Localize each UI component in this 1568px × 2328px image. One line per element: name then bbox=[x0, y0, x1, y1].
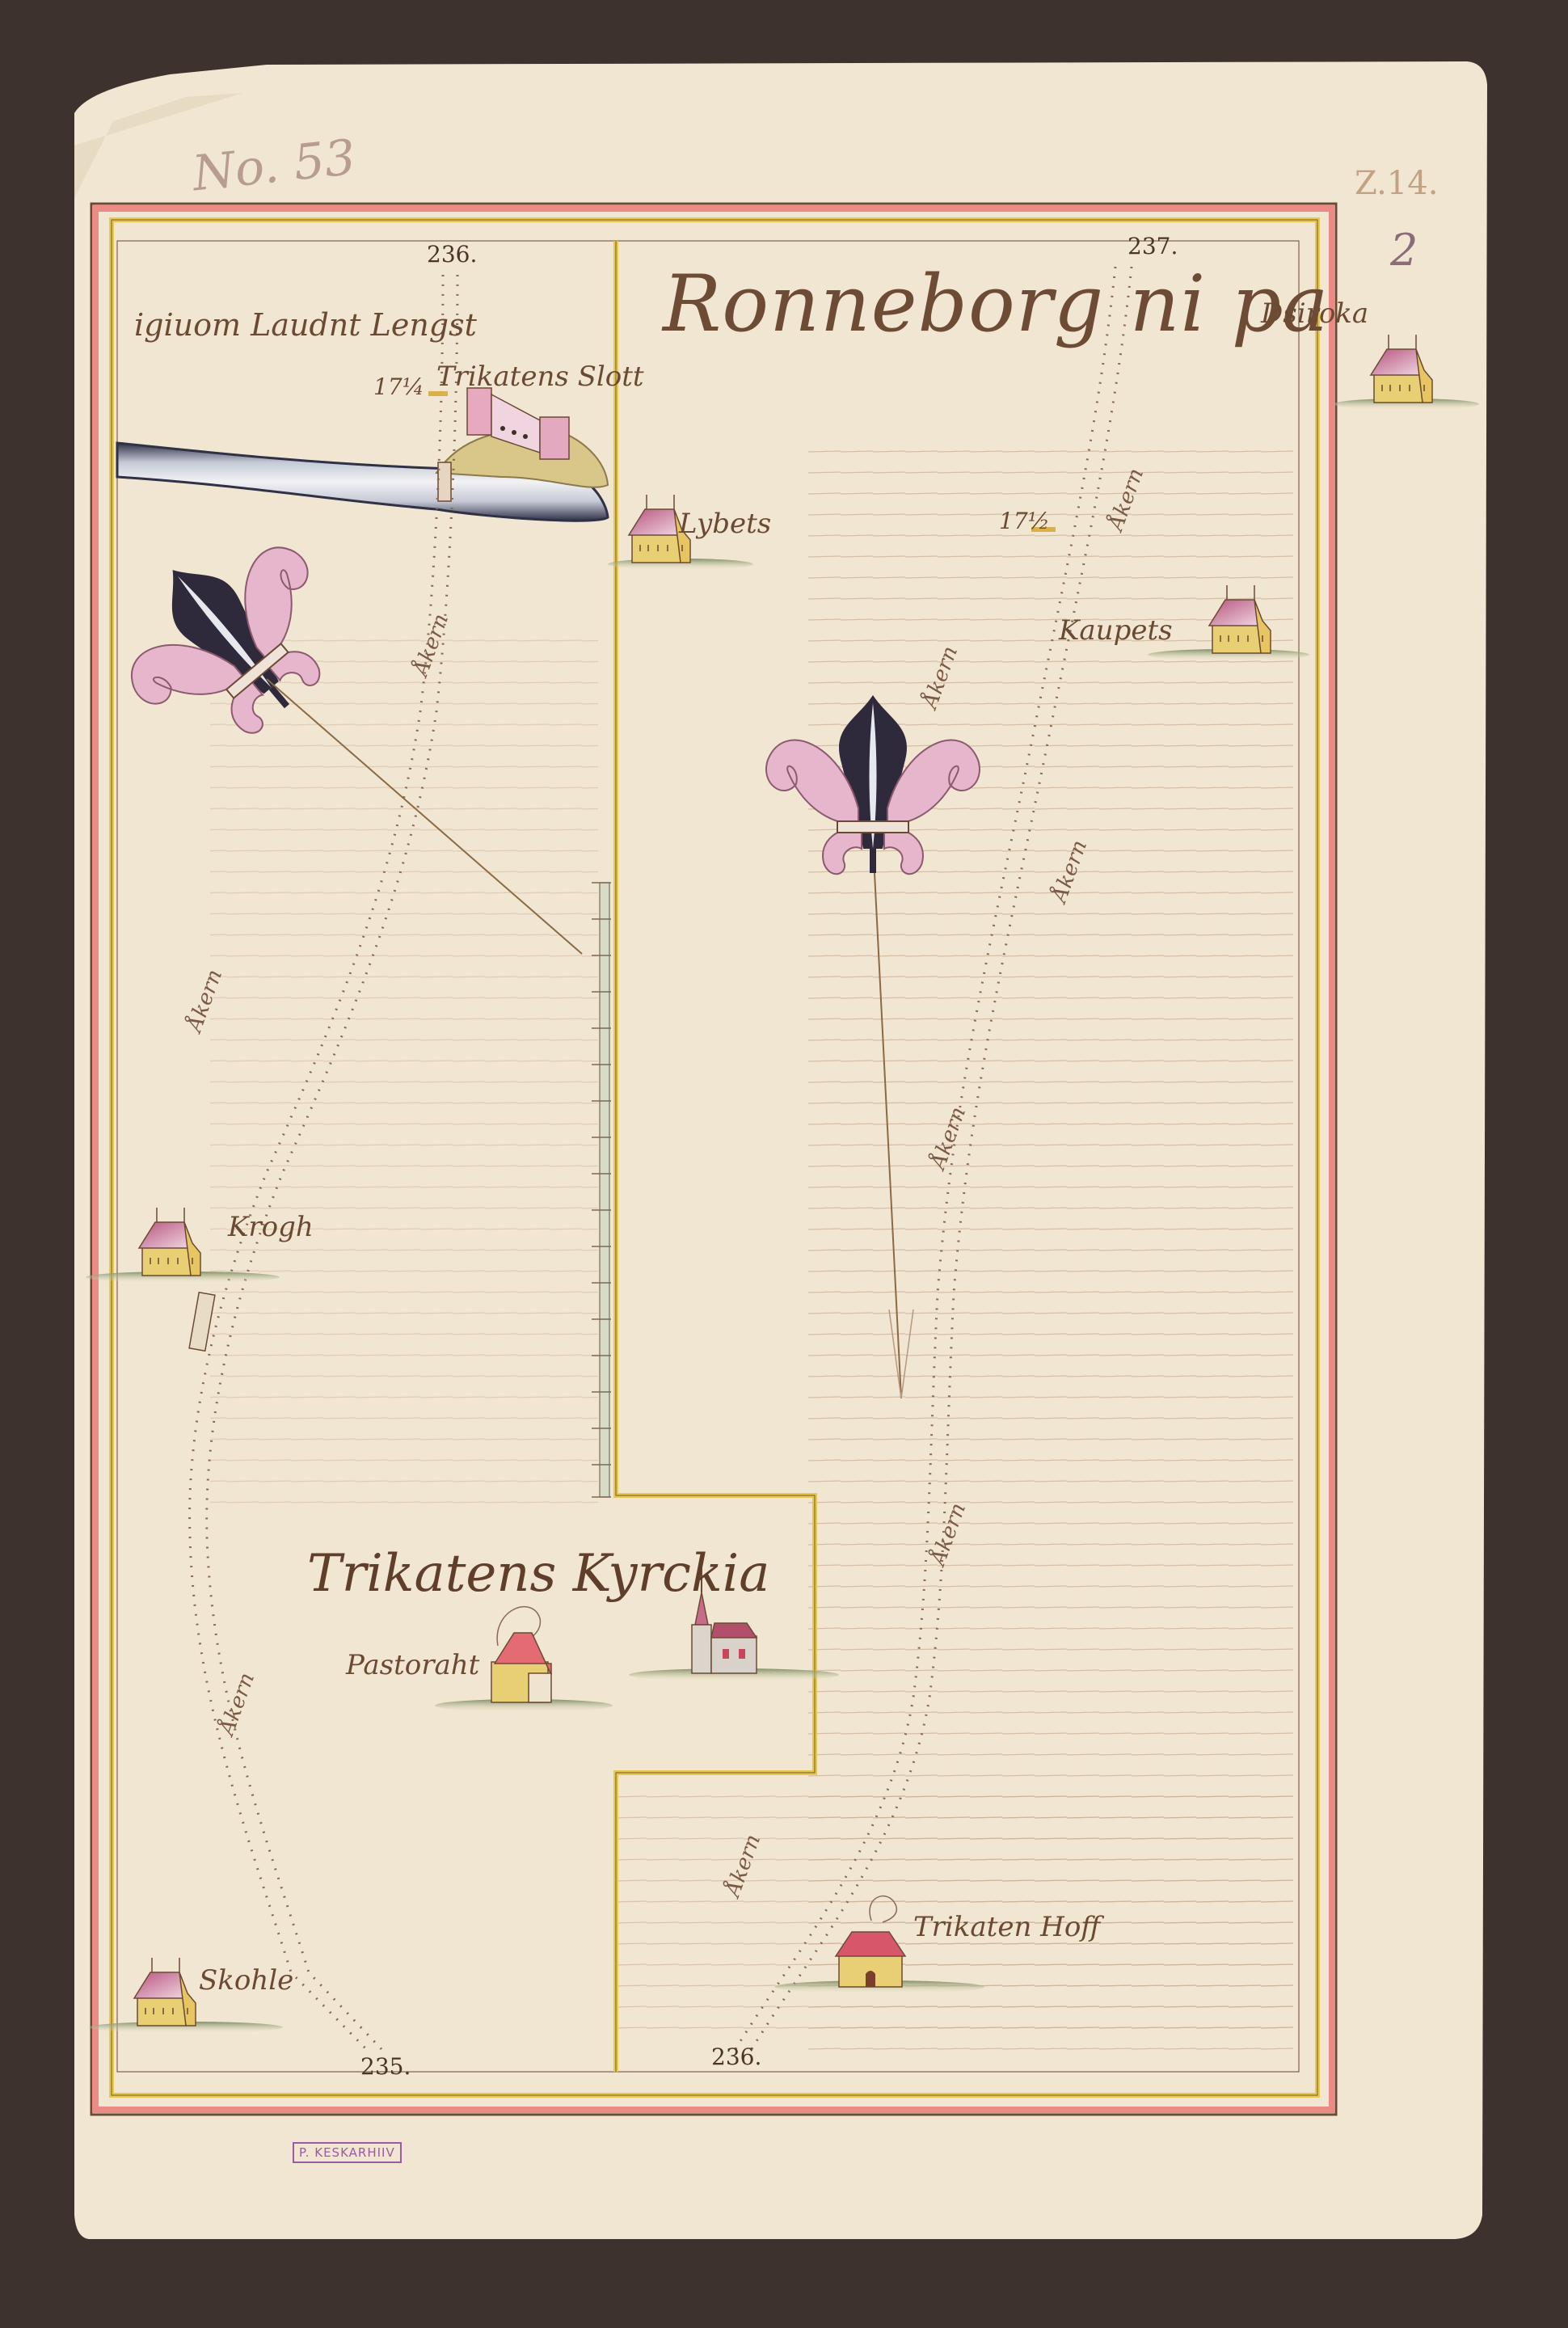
place-label-trikaten-hoff: Trikaten Hoff bbox=[913, 1911, 1100, 1943]
map-title: Ronneborg ni pa bbox=[663, 259, 1329, 349]
corner-reference: Z.14. bbox=[1355, 165, 1438, 202]
place-label-skohle: Skohle bbox=[199, 1964, 293, 1997]
place-label-pastoraht: Pastoraht bbox=[346, 1649, 479, 1681]
place-label-krogh: Krogh bbox=[228, 1211, 314, 1243]
place-label-trikatens-kyrckia: Trikatens Kyrckia bbox=[307, 1544, 769, 1604]
map-sheet: No. 53 Z.14. 2 Ronneborg ni pa igiuom La… bbox=[0, 0, 1568, 2328]
place-label-kaupets: Kaupets bbox=[1059, 614, 1173, 647]
distance-marker-top-right: 237. bbox=[1128, 233, 1178, 259]
place-label-trikatens-slott: Trikatens Slott bbox=[436, 361, 644, 393]
archive-stamp: P. KESKARHIIV bbox=[293, 2142, 402, 2163]
distance-label-slott: 17¼ bbox=[373, 373, 424, 400]
distance-label-kaupets: 17½ bbox=[999, 508, 1050, 534]
distance-marker-bottom-left: 235. bbox=[360, 2053, 411, 2080]
place-label-dsiroka: Dsiroka bbox=[1261, 297, 1368, 330]
distance-marker-top-left: 236. bbox=[427, 241, 477, 268]
corner-page-number: 2 bbox=[1390, 225, 1418, 276]
distance-marker-bottom-right: 236. bbox=[711, 2043, 761, 2070]
header-note: igiuom Laudnt Lengst bbox=[134, 307, 477, 343]
place-label-lybets: Lybets bbox=[679, 508, 771, 540]
